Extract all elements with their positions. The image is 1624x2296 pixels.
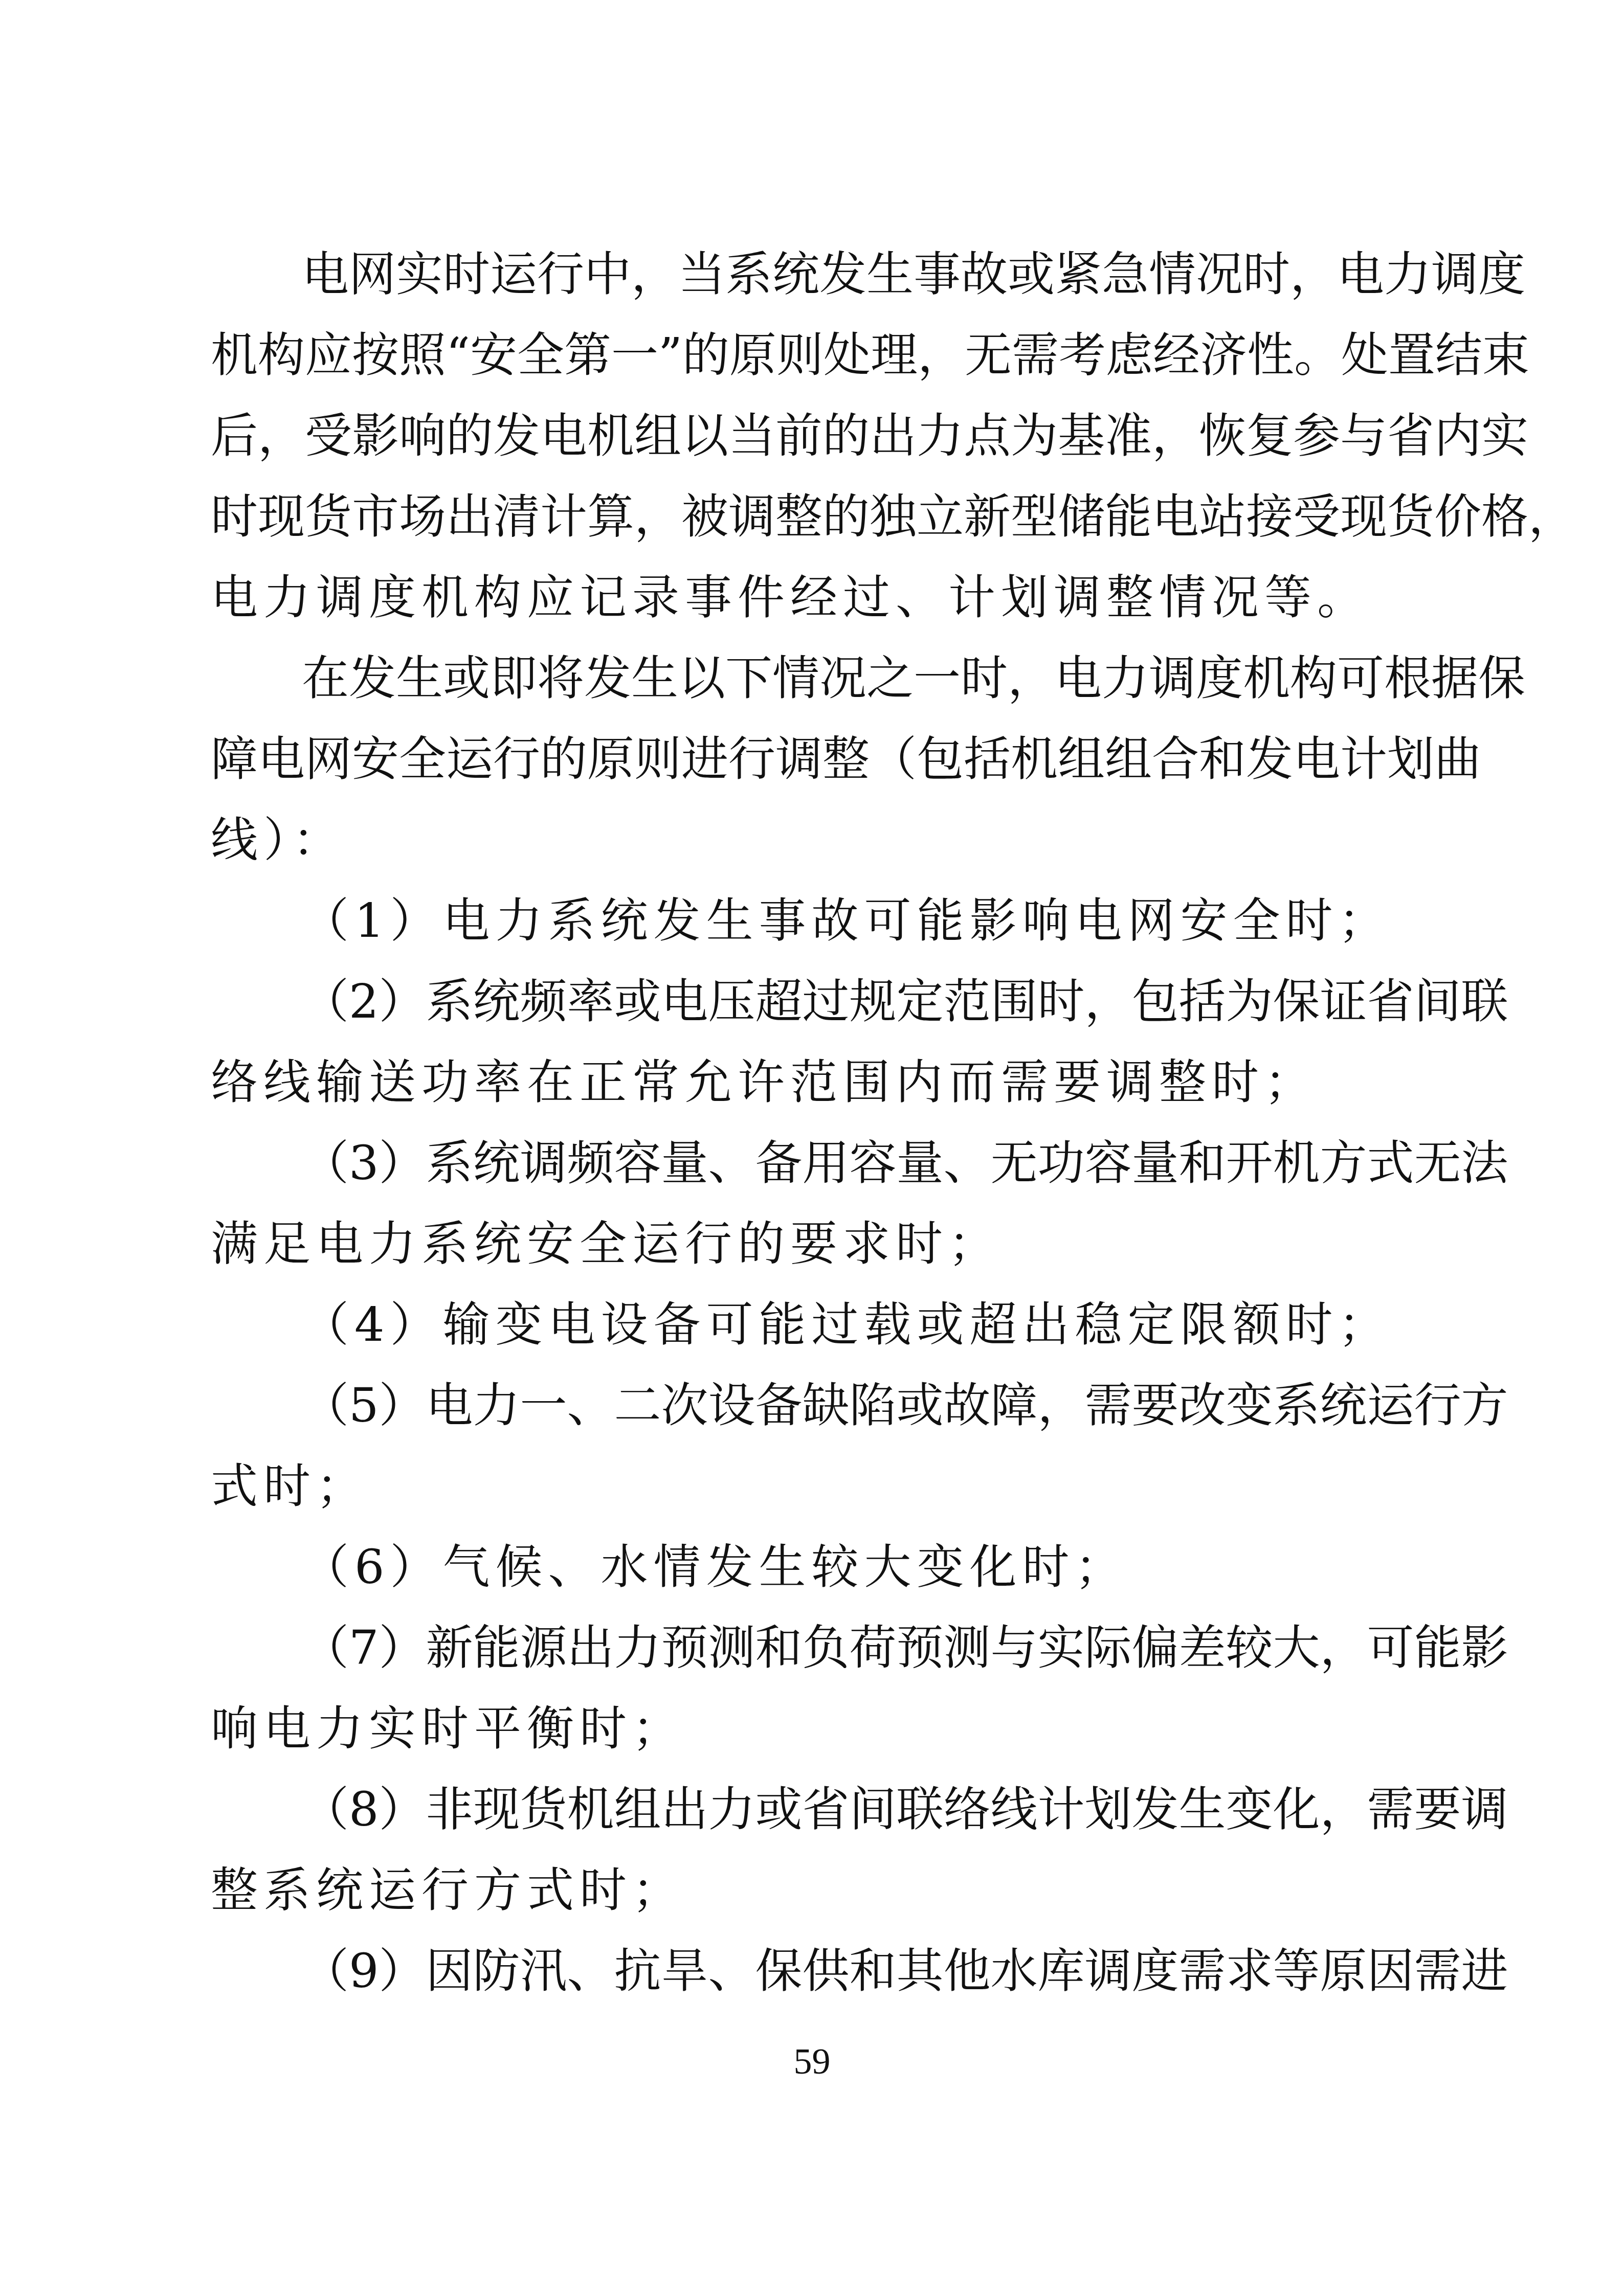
list-item-continuation: 络线输送功率在正常允许范围内而需要调整时； bbox=[211, 1054, 1459, 1111]
list-item-continuation: 整系统运行方式时； bbox=[211, 1862, 1459, 1919]
list-item-continuation: 响电力实时平衡时； bbox=[211, 1701, 1459, 1757]
page-number: 59 bbox=[0, 2040, 1624, 2083]
list-item: （2）系统频率或电压超过规定范围时，包括为保证省间联 bbox=[302, 974, 1459, 1030]
paragraph-line: 电力调度机构应记录事件经过、计划调整情况等。 bbox=[211, 570, 1459, 626]
paragraph-line: 电网实时运行中，当系统发生事故或紧急情况时，电力调度 bbox=[302, 246, 1459, 303]
list-item: （3）系统调频容量、备用容量、无功容量和开机方式无法 bbox=[302, 1135, 1459, 1191]
list-item: （7）新能源出力预测和负荷预测与实际偏差较大，可能影 bbox=[302, 1620, 1459, 1676]
document-page: 电网实时运行中，当系统发生事故或紧急情况时，电力调度 机构应按照“安全第一”的原… bbox=[0, 0, 1624, 2296]
paragraph-line: 线）： bbox=[211, 812, 1459, 868]
list-item: （6）气候、水情发生较大变化时； bbox=[302, 1539, 1459, 1595]
paragraph-line: 在发生或即将发生以下情况之一时，电力调度机构可根据保 bbox=[302, 650, 1459, 707]
list-item-continuation: 满足电力系统安全运行的要求时； bbox=[211, 1216, 1459, 1272]
list-item: （9）因防汛、抗旱、保供和其他水库调度需求等原因需进 bbox=[302, 1943, 1459, 1999]
paragraph-line: 时现货市场出清计算，被调整的独立新型储能电站接受现货价格， bbox=[211, 489, 1459, 545]
paragraph-line: 后，受影响的发电机组以当前的出力点为基准，恢复参与省内实 bbox=[211, 408, 1459, 464]
list-item: （8）非现货机组出力或省间联络线计划发生变化，需要调 bbox=[302, 1782, 1459, 1838]
list-item: （4）输变电设备可能过载或超出稳定限额时； bbox=[302, 1297, 1459, 1353]
paragraph-line: 障电网安全运行的原则进行调整（包括机组组合和发电计划曲 bbox=[211, 731, 1459, 787]
paragraph-line: 机构应按照“安全第一”的原则处理，无需考虑经济性。处置结束 bbox=[211, 327, 1459, 384]
list-item-continuation: 式时； bbox=[211, 1458, 1459, 1515]
list-item: （5）电力一、二次设备缺陷或故障，需要改变系统运行方 bbox=[302, 1378, 1459, 1434]
list-item: （1）电力系统发生事故可能影响电网安全时； bbox=[302, 893, 1459, 949]
